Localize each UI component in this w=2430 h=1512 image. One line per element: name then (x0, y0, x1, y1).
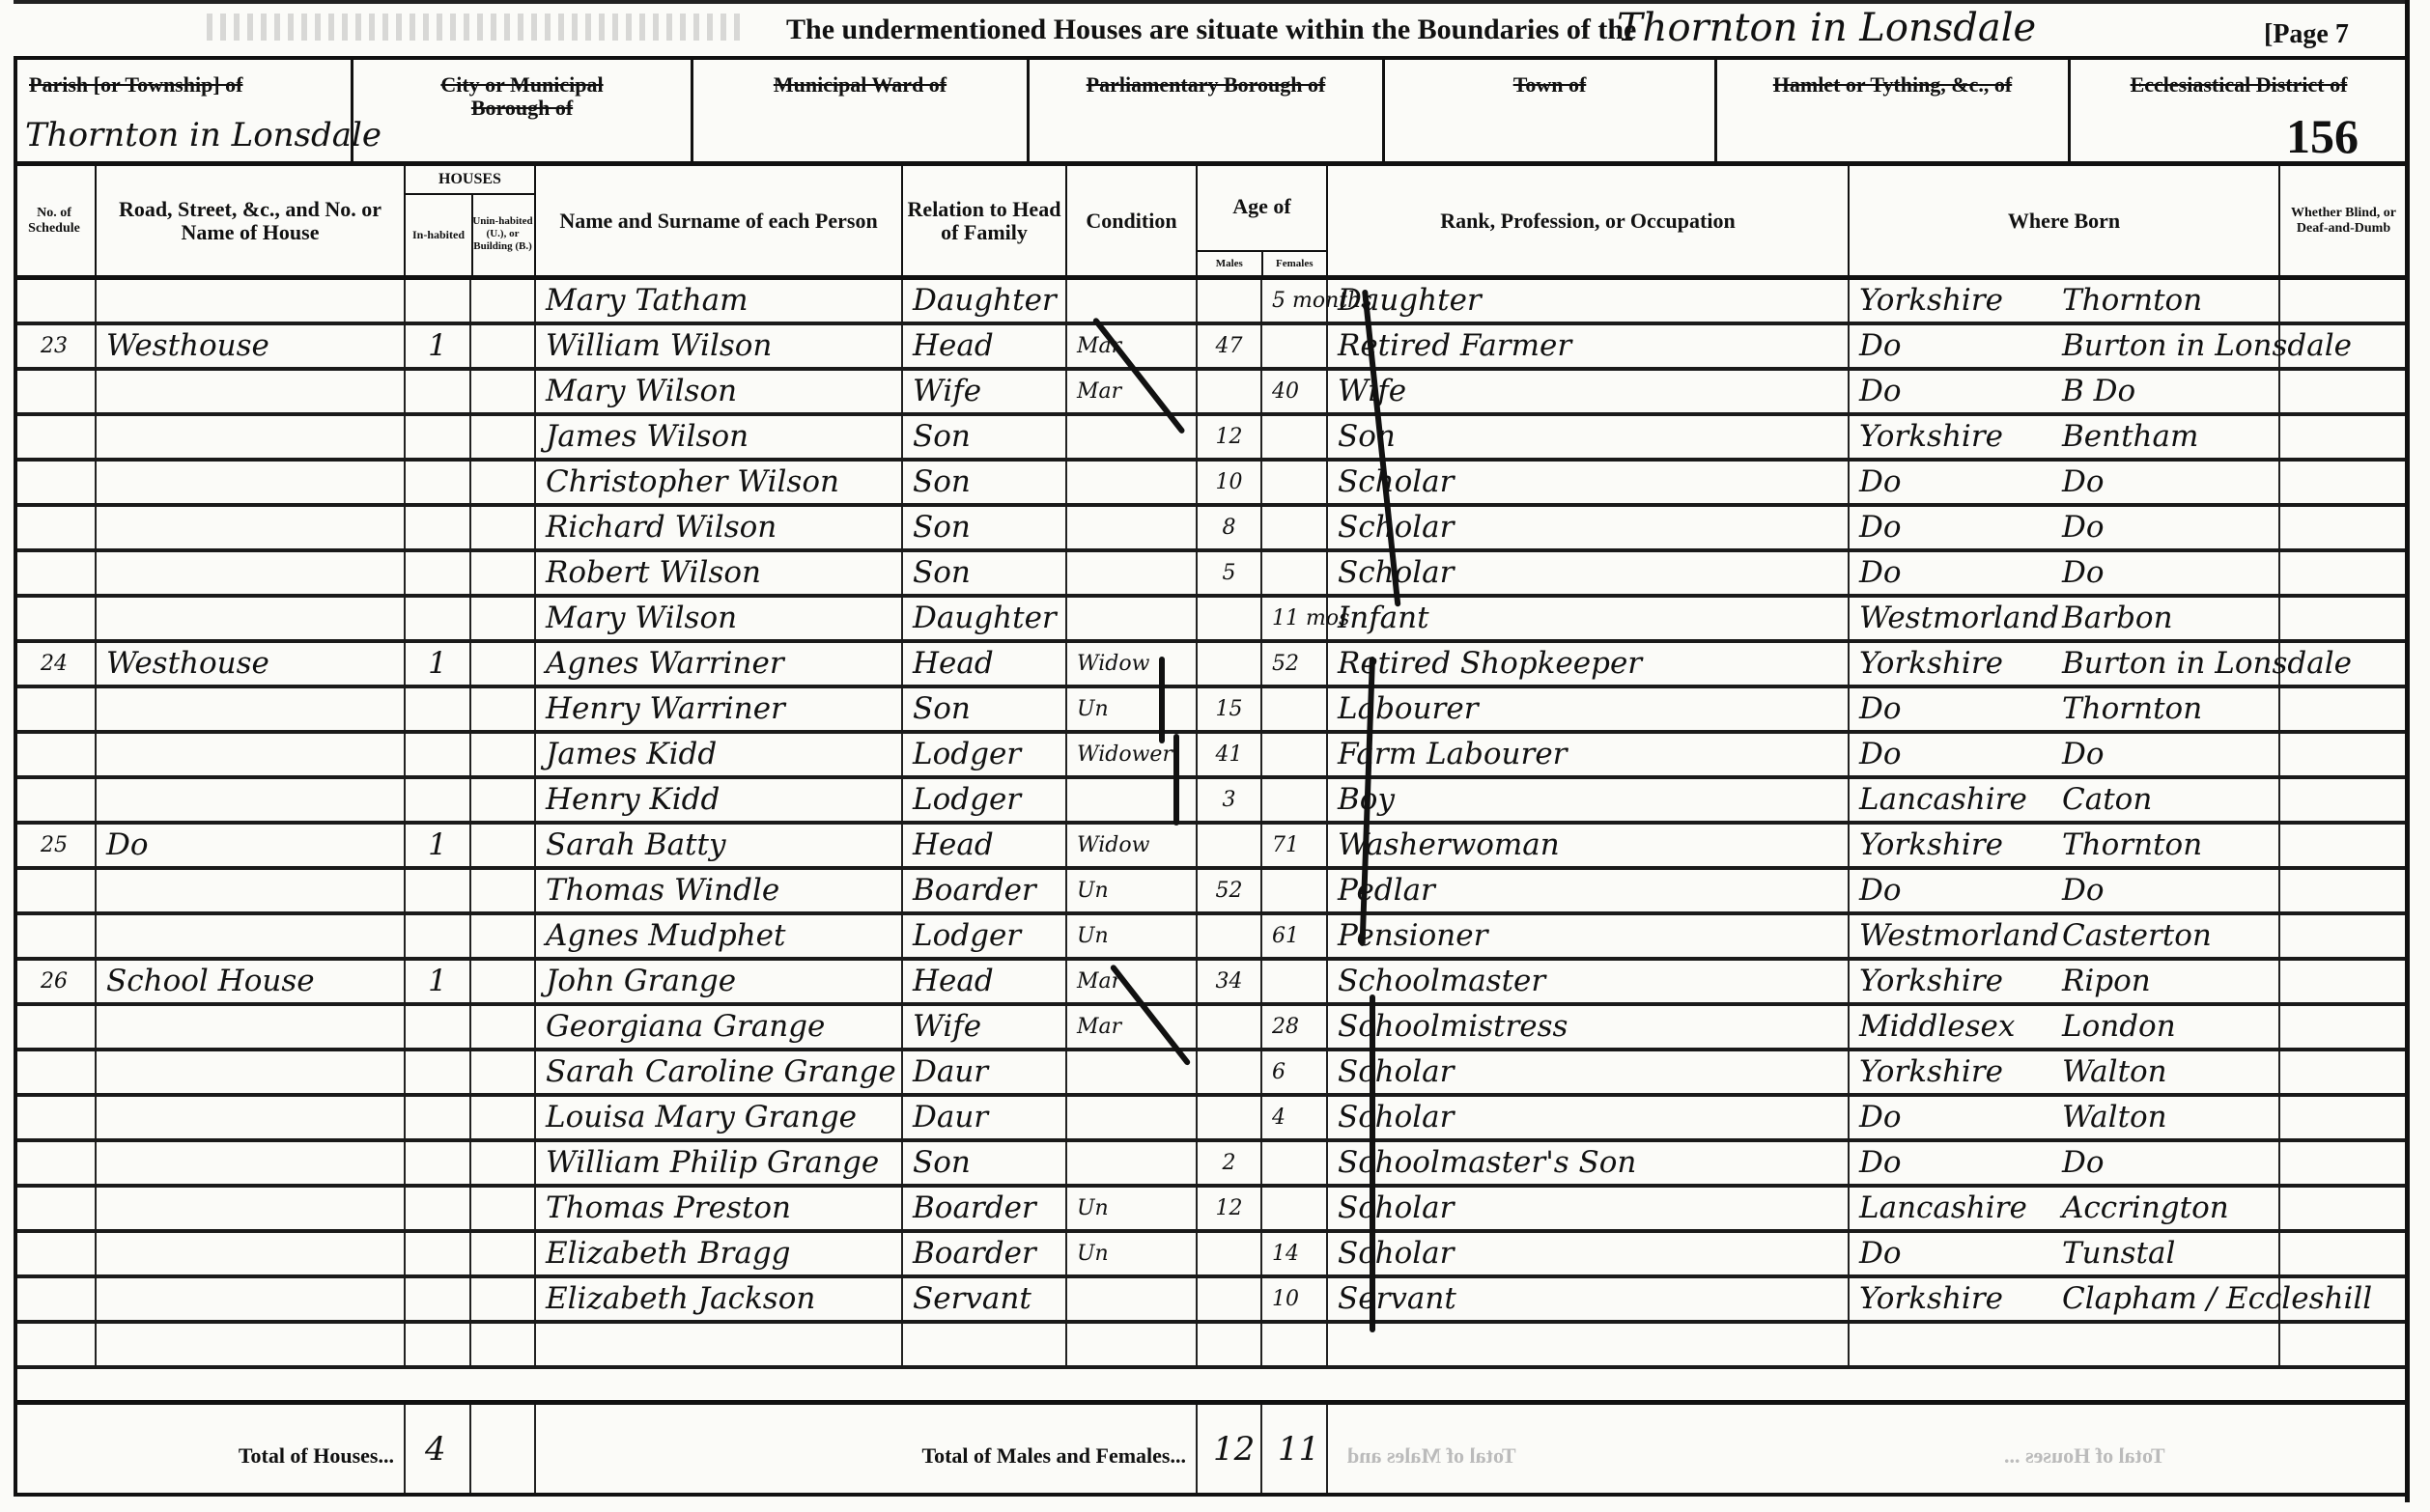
houses-inhabited (406, 598, 471, 639)
houses-inhabited (406, 1324, 471, 1365)
road-name (97, 598, 406, 639)
born-place: Do (2052, 734, 2280, 775)
road-name (97, 870, 406, 911)
houses-uninhabited (471, 1006, 536, 1048)
age-female (1262, 552, 1328, 594)
table-row: 23Westhouse1William WilsonHeadMar47Retir… (14, 325, 2407, 371)
person-name: Henry Warriner (536, 688, 903, 730)
person-name: Mary Wilson (536, 371, 903, 412)
houses-inhabited (406, 1233, 471, 1274)
born-place: Walton (2052, 1097, 2280, 1138)
houses-inhabited (406, 1188, 471, 1229)
born-county: Do (1850, 552, 2052, 594)
occupation: Pedlar (1328, 870, 1850, 911)
blind-deaf (2280, 280, 2407, 322)
hamlet-box: Hamlet or Tything, &c., of (1717, 60, 2071, 161)
occupation: Scholar (1328, 552, 1850, 594)
born-place: Caton (2052, 779, 2280, 821)
born-county: Yorkshire (1850, 1278, 2052, 1320)
relation: Daur (903, 1051, 1067, 1093)
condition: Widow (1067, 643, 1198, 685)
born-county: Yorkshire (1850, 1051, 2052, 1093)
houses-inhabited: 1 (406, 825, 471, 866)
age-male (1198, 1278, 1262, 1320)
road-name (97, 1324, 406, 1365)
table-row: Louisa Mary GrangeDaur4ScholarDoWalton (14, 1097, 2407, 1142)
born-place: B Do (2052, 371, 2280, 412)
person-name: Elizabeth Bragg (536, 1233, 903, 1274)
condition: Mar (1067, 325, 1198, 367)
person-name: John Grange (536, 961, 903, 1002)
age-male: 12 (1198, 1188, 1262, 1229)
col-blind: Whether Blind, or Deaf-and-Dumb (2280, 166, 2407, 275)
houses-inhabited (406, 734, 471, 775)
born-county (1850, 1324, 2052, 1365)
road-name (97, 779, 406, 821)
age-male: 10 (1198, 462, 1262, 503)
borough-box: City or Municipal Borough of (353, 60, 693, 161)
relation: Son (903, 416, 1067, 458)
blind-deaf (2280, 734, 2407, 775)
bleed-through-text: Total of Houses ... (2004, 1443, 2165, 1469)
persons-total-label: Total of Males and Females... (921, 1443, 1186, 1469)
age-male (1198, 1051, 1262, 1093)
schedule-number (14, 1188, 97, 1229)
houses-uninhabited (471, 779, 536, 821)
condition: Un (1067, 1233, 1198, 1274)
schedule-number (14, 734, 97, 775)
person-name: Mary Tatham (536, 280, 903, 322)
road-name (97, 280, 406, 322)
age-male (1198, 1324, 1262, 1365)
schedule-number (14, 779, 97, 821)
person-name: James Kidd (536, 734, 903, 775)
page-number: [Page 7 (2264, 19, 2349, 50)
age-male (1198, 825, 1262, 866)
age-female: 14 (1262, 1233, 1328, 1274)
houses-inhabited (406, 1278, 471, 1320)
condition (1067, 280, 1198, 322)
col-road: Road, Street, &c., and No. or Name of Ho… (97, 166, 406, 275)
person-name: Richard Wilson (536, 507, 903, 548)
blind-deaf (2280, 825, 2407, 866)
road-name (97, 688, 406, 730)
column-headers: No. of Schedule Road, Street, &c., and N… (14, 166, 2407, 280)
person-name: Mary Wilson (536, 598, 903, 639)
age-female: 52 (1262, 643, 1328, 685)
title-printed: The undermentioned Houses are situate wi… (786, 14, 1636, 46)
person-name (536, 1324, 903, 1365)
occupation: Scholar (1328, 507, 1850, 548)
age-female (1262, 325, 1328, 367)
col-uninhabited: Unin-habited (U.), or Building (B.) (471, 193, 534, 275)
born-place: Do (2052, 1142, 2280, 1184)
faded-print (207, 14, 748, 41)
table-row: Georgiana GrangeWifeMar28SchoolmistressM… (14, 1006, 2407, 1051)
table-row: 25Do1Sarah BattyHeadWidow71WasherwomanYo… (14, 825, 2407, 870)
houses-inhabited (406, 1142, 471, 1184)
condition (1067, 1142, 1198, 1184)
parliamentary-borough-box: Parliamentary Borough of (1030, 60, 1385, 161)
born-county: Do (1850, 688, 2052, 730)
occupation: Scholar (1328, 1233, 1850, 1274)
occupation: Servant (1328, 1278, 1850, 1320)
table-row: Robert WilsonSon5ScholarDoDo (14, 552, 2407, 598)
relation: Head (903, 325, 1067, 367)
schedule-number (14, 1097, 97, 1138)
title-band: The undermentioned Houses are situate wi… (14, 0, 2407, 60)
table-row: Agnes MudphetLodgerUn61PensionerWestmorl… (14, 915, 2407, 961)
table-row: Richard WilsonSon8ScholarDoDo (14, 507, 2407, 552)
relation: Head (903, 961, 1067, 1002)
occupation: Schoolmaster's Son (1328, 1142, 1850, 1184)
born-county: Do (1850, 870, 2052, 911)
age-male: 12 (1198, 416, 1262, 458)
age-female: 5 months (1262, 280, 1328, 322)
col-where-born: Where Born (1850, 166, 2280, 275)
table-row: William Philip GrangeSon2Schoolmaster's … (14, 1142, 2407, 1188)
houses-uninhabited (471, 416, 536, 458)
occupation: Wife (1328, 371, 1850, 412)
houses-uninhabited (471, 961, 536, 1002)
born-county: Lancashire (1850, 779, 2052, 821)
blind-deaf (2280, 1278, 2407, 1320)
age-male (1198, 1006, 1262, 1048)
born-place: Walton (2052, 1051, 2280, 1093)
houses-uninhabited (471, 643, 536, 685)
person-name: Robert Wilson (536, 552, 903, 594)
occupation: Infant (1328, 598, 1850, 639)
condition: Un (1067, 688, 1198, 730)
relation: Boarder (903, 1233, 1067, 1274)
table-row: Henry WarrinerSonUn15LabourerDoThornton (14, 688, 2407, 734)
schedule-number (14, 371, 97, 412)
houses-uninhabited (471, 825, 536, 866)
occupation: Schoolmaster (1328, 961, 1850, 1002)
females-total: 11 (1278, 1430, 1319, 1469)
houses-uninhabited (471, 371, 536, 412)
born-county: Do (1850, 507, 2052, 548)
age-female (1262, 1188, 1328, 1229)
road-name (97, 552, 406, 594)
road-name (97, 462, 406, 503)
born-county: Do (1850, 734, 2052, 775)
age-male: 5 (1198, 552, 1262, 594)
males-total: 12 (1213, 1430, 1255, 1469)
table-row: Sarah Caroline GrangeDaur6ScholarYorkshi… (14, 1051, 2407, 1097)
houses-uninhabited (471, 1051, 536, 1093)
table-row: Thomas PrestonBoarderUn12ScholarLancashi… (14, 1188, 2407, 1233)
occupation: Pensioner (1328, 915, 1850, 957)
tally-stroke (1173, 734, 1179, 826)
blind-deaf (2280, 1233, 2407, 1274)
age-female: 61 (1262, 915, 1328, 957)
age-female: 6 (1262, 1051, 1328, 1093)
table-row: Mary WilsonWifeMar40WifeDoB Do (14, 371, 2407, 416)
born-place: Bentham (2052, 416, 2280, 458)
houses-uninhabited (471, 870, 536, 911)
age-male: 47 (1198, 325, 1262, 367)
table-row (14, 1324, 2407, 1369)
col-males: Males (1198, 252, 1263, 275)
relation: Lodger (903, 734, 1067, 775)
blind-deaf (2280, 462, 2407, 503)
road-name (97, 734, 406, 775)
relation: Boarder (903, 1188, 1067, 1229)
occupation: Labourer (1328, 688, 1850, 730)
age-female (1262, 961, 1328, 1002)
schedule-number: 26 (14, 961, 97, 1002)
schedule-number (14, 1051, 97, 1093)
condition (1067, 1324, 1198, 1365)
houses-inhabited (406, 552, 471, 594)
district-header: Parish [or Township] of Thornton in Lons… (14, 56, 2407, 166)
col-schedule: No. of Schedule (14, 166, 97, 275)
relation: Lodger (903, 915, 1067, 957)
houses-uninhabited (471, 1278, 536, 1320)
road-name (97, 1233, 406, 1274)
born-county: Do (1850, 371, 2052, 412)
age-female (1262, 1142, 1328, 1184)
blind-deaf (2280, 552, 2407, 594)
blind-deaf (2280, 325, 2407, 367)
occupation: Schoolmistress (1328, 1006, 1850, 1048)
age-female (1262, 462, 1328, 503)
blind-deaf (2280, 688, 2407, 730)
age-male (1198, 1233, 1262, 1274)
age-female (1262, 870, 1328, 911)
condition (1067, 552, 1198, 594)
town-box: Town of (1385, 60, 1717, 161)
born-county: Do (1850, 1142, 2052, 1184)
relation: Son (903, 462, 1067, 503)
houses-uninhabited (471, 1324, 536, 1365)
houses-inhabited (406, 1097, 471, 1138)
born-county: Yorkshire (1850, 961, 2052, 1002)
parish-box: Parish [or Township] of Thornton in Lons… (14, 60, 353, 161)
person-name: Henry Kidd (536, 779, 903, 821)
blind-deaf (2280, 870, 2407, 911)
ward-box: Municipal Ward of (693, 60, 1030, 161)
blind-deaf (2280, 1188, 2407, 1229)
born-county: Do (1850, 1097, 2052, 1138)
houses-inhabited (406, 870, 471, 911)
born-place: Tunstal (2052, 1233, 2280, 1274)
person-name: Agnes Mudphet (536, 915, 903, 957)
houses-inhabited (406, 779, 471, 821)
age-male: 3 (1198, 779, 1262, 821)
road-name (97, 507, 406, 548)
person-name: Sarah Batty (536, 825, 903, 866)
houses-total: 4 (425, 1430, 446, 1469)
col-relation: Relation to Head of Family (903, 166, 1067, 275)
schedule-number (14, 870, 97, 911)
age-female: 71 (1262, 825, 1328, 866)
houses-uninhabited (471, 507, 536, 548)
born-county: Yorkshire (1850, 825, 2052, 866)
col-females: Females (1263, 252, 1327, 275)
schedule-number: 23 (14, 325, 97, 367)
born-place: Barbon (2052, 598, 2280, 639)
person-name: Elizabeth Jackson (536, 1278, 903, 1320)
road-name (97, 1006, 406, 1048)
born-place: Do (2052, 552, 2280, 594)
occupation: Farm Labourer (1328, 734, 1850, 775)
occupation (1328, 1324, 1850, 1365)
houses-uninhabited (471, 1233, 536, 1274)
age-male (1198, 280, 1262, 322)
schedule-number: 25 (14, 825, 97, 866)
schedule-number (14, 462, 97, 503)
houses-inhabited (406, 1006, 471, 1048)
born-county: Yorkshire (1850, 416, 2052, 458)
blind-deaf (2280, 371, 2407, 412)
age-male (1198, 598, 1262, 639)
person-name: Thomas Windle (536, 870, 903, 911)
born-place: Ripon (2052, 961, 2280, 1002)
blind-deaf (2280, 507, 2407, 548)
blind-deaf (2280, 643, 2407, 685)
houses-inhabited (406, 688, 471, 730)
born-place: London (2052, 1006, 2280, 1048)
houses-inhabited (406, 915, 471, 957)
person-name: William Wilson (536, 325, 903, 367)
condition: Un (1067, 870, 1198, 911)
houses-uninhabited (471, 734, 536, 775)
schedule-number (14, 1142, 97, 1184)
schedule-number (14, 1006, 97, 1048)
page-border-right (2405, 0, 2410, 1502)
road-name (97, 1278, 406, 1320)
born-place: Thornton (2052, 280, 2280, 322)
born-county: Yorkshire (1850, 643, 2052, 685)
age-male (1198, 1097, 1262, 1138)
houses-uninhabited (471, 280, 536, 322)
houses-inhabited: 1 (406, 961, 471, 1002)
road-name: School House (97, 961, 406, 1002)
houses-uninhabited (471, 552, 536, 594)
age-female (1262, 416, 1328, 458)
houses-inhabited (406, 462, 471, 503)
age-female: 11 mos (1262, 598, 1328, 639)
houses-uninhabited (471, 598, 536, 639)
age-female: 40 (1262, 371, 1328, 412)
houses-total-label: Total of Houses... (239, 1443, 394, 1469)
ecclesiastical-district-box: Ecclesiastical District of 156 (2071, 60, 2407, 161)
age-male: 8 (1198, 507, 1262, 548)
age-male: 34 (1198, 961, 1262, 1002)
relation: Daughter (903, 598, 1067, 639)
road-name (97, 1097, 406, 1138)
title-handwritten: Thornton in Lonsdale (1617, 6, 2036, 50)
relation: Son (903, 688, 1067, 730)
occupation: Washerwoman (1328, 825, 1850, 866)
age-male (1198, 643, 1262, 685)
schedule-number (14, 280, 97, 322)
condition (1067, 1051, 1198, 1093)
age-male (1198, 371, 1262, 412)
blind-deaf (2280, 1097, 2407, 1138)
schedule-number (14, 598, 97, 639)
age-female (1262, 507, 1328, 548)
houses-inhabited (406, 371, 471, 412)
born-place: Do (2052, 462, 2280, 503)
born-place: Burton in Lonsdale (2052, 325, 2280, 367)
parish-value: Thornton in Lonsdale (25, 116, 381, 154)
schedule-number (14, 688, 97, 730)
blind-deaf (2280, 1324, 2407, 1365)
road-name (97, 371, 406, 412)
houses-uninhabited (471, 325, 536, 367)
born-place: Accrington (2052, 1188, 2280, 1229)
born-place: Thornton (2052, 825, 2280, 866)
person-name: Sarah Caroline Grange (536, 1051, 903, 1093)
blind-deaf (2280, 961, 2407, 1002)
bleed-through-text: Total of Males and (1347, 1443, 1516, 1469)
col-name: Name and Surname of each Person (536, 166, 903, 275)
schedule-number (14, 915, 97, 957)
table-row: Thomas WindleBoarderUn52PedlarDoDo (14, 870, 2407, 915)
person-name: William Philip Grange (536, 1142, 903, 1184)
born-county: Do (1850, 325, 2052, 367)
born-county: Westmorland (1850, 598, 2052, 639)
district-number: 156 (2286, 108, 2359, 164)
houses-uninhabited (471, 915, 536, 957)
condition (1067, 1097, 1198, 1138)
relation: Boarder (903, 870, 1067, 911)
houses-inhabited (406, 280, 471, 322)
occupation: Boy (1328, 779, 1850, 821)
condition: Widow (1067, 825, 1198, 866)
houses-inhabited (406, 1051, 471, 1093)
born-place (2052, 1324, 2280, 1365)
relation: Wife (903, 1006, 1067, 1048)
road-name (97, 1051, 406, 1093)
age-female (1262, 734, 1328, 775)
schedule-number: 24 (14, 643, 97, 685)
census-page: The undermentioned Houses are situate wi… (14, 0, 2407, 1506)
blind-deaf (2280, 416, 2407, 458)
road-name: Do (97, 825, 406, 866)
occupation: Retired Farmer (1328, 325, 1850, 367)
condition: Mar (1067, 371, 1198, 412)
person-name: Agnes Warriner (536, 643, 903, 685)
houses-uninhabited (471, 1097, 536, 1138)
relation (903, 1324, 1067, 1365)
condition: Un (1067, 1188, 1198, 1229)
occupation: Scholar (1328, 1051, 1850, 1093)
totals-footer: Total of Houses... 4 Total of Males and … (14, 1400, 2407, 1497)
age-female (1262, 1324, 1328, 1365)
relation: Daughter (903, 280, 1067, 322)
born-county: Do (1850, 1233, 2052, 1274)
relation: Head (903, 825, 1067, 866)
blind-deaf (2280, 598, 2407, 639)
person-name: Louisa Mary Grange (536, 1097, 903, 1138)
born-county: Lancashire (1850, 1188, 2052, 1229)
age-female: 4 (1262, 1097, 1328, 1138)
road-name (97, 915, 406, 957)
condition (1067, 598, 1198, 639)
table-row: Henry KiddLodger3BoyLancashireCaton (14, 779, 2407, 825)
occupation: Scholar (1328, 1188, 1850, 1229)
table-row: Mary TathamDaughter5 monthsDaughterYorks… (14, 280, 2407, 325)
houses-inhabited: 1 (406, 325, 471, 367)
born-place: Burton in Lonsdale (2052, 643, 2280, 685)
road-name: Westhouse (97, 643, 406, 685)
col-condition: Condition (1067, 166, 1198, 275)
born-county: Middlesex (1850, 1006, 2052, 1048)
